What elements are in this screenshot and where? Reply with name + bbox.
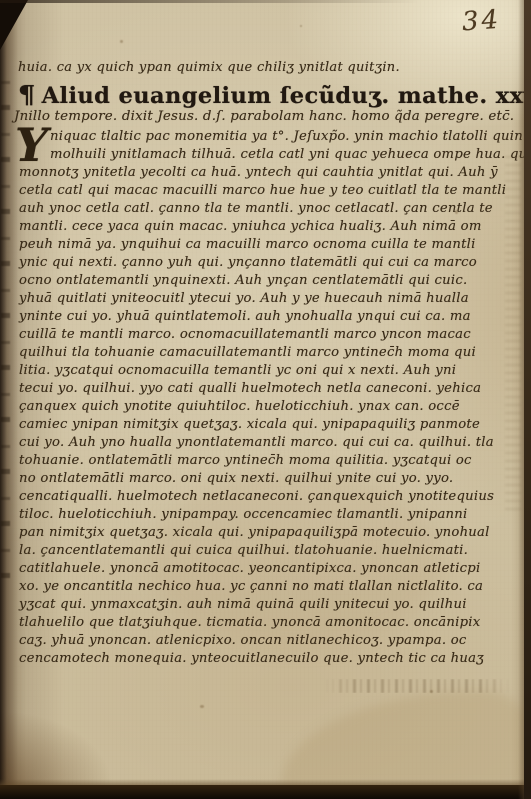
manuscript-line: camiec ynipan nimitʒix quetʒaʒ. xicala q…	[19, 417, 519, 435]
manuscript-line: litia. yʒcatqui ocnomacuilla temantli yc…	[19, 363, 519, 381]
manuscript-line: pan nimitʒix quetʒaʒ. xicala qui. ynipap…	[19, 525, 519, 543]
page-top-edge	[0, 0, 420, 3]
manuscript-line: la. çancentlatemantli qui cuica quilhui.…	[19, 543, 519, 561]
manuscript-line: xo. ye oncantitla nechico hua. yc çanni …	[19, 579, 519, 597]
foxing-speck	[300, 25, 302, 27]
manuscript-line: peuh nimā ya. ynquihui ca macuilli marco…	[19, 237, 519, 255]
manuscript-line: mantli. cece yaca quin macac. yniuhca yc…	[19, 219, 519, 237]
foxing-speck	[200, 705, 204, 708]
foxing-speck	[120, 40, 123, 43]
body-text: niquac tlaltic pac monemitia ya t°. Jeſu…	[19, 129, 519, 669]
page-edges-right	[524, 0, 531, 799]
chapter-heading: ¶Aliud euangelium ſecũduʒ. mathe. xxv. c…	[19, 80, 531, 109]
manuscript-line: tecui yo. quilhui. yyo cati qualli huelm…	[19, 381, 519, 399]
manuscript-line: çanquex quich ynotite quiuhtiloc. huelot…	[19, 399, 519, 417]
manuscript-line: tohuanie. ontlatemātli marco yntinec̄h m…	[19, 453, 519, 471]
bleed-through-text	[325, 679, 510, 693]
manuscript-line: quilhui tla tohuanie camacuillatemantli …	[19, 345, 519, 363]
manuscript-line: cui yo. Auh yno hualla ynontlatemantli m…	[19, 435, 519, 453]
manuscript-line: ynic qui nexti. çanno yuh qui. ynçanno t…	[19, 255, 519, 273]
manuscript-line: ocno ontlatemantli ynquinexti. Auh ynçan…	[19, 273, 519, 291]
manuscript-line: monnotʒ ynitetla yecolti ca huā. yntech …	[19, 165, 519, 183]
manuscript-line: cuillā te mantli marco. ocnomacuillatema…	[19, 327, 519, 345]
manuscript-line: yhuā quitlati yniteocuitl ytecui yo. Auh…	[19, 291, 519, 309]
manuscript-line: catitlahuele. ynoncā amotitocac. yeoncan…	[19, 561, 519, 579]
gutter-ghost-marks	[1, 58, 10, 578]
manuscript-line: tlahuelilo que tlatʒiuhque. ticmatia. yn…	[19, 615, 519, 633]
manuscript-line: cetla catl qui macac macuilli marco hue …	[19, 183, 519, 201]
capitulum-icon: ¶	[18, 80, 36, 109]
manuscript-line: tiloc. hueloticchiuh. ynipampay. occenca…	[19, 507, 519, 525]
latin-incipit: Jnillo tempore. dixit Jesus. d.ſ. parabo…	[14, 109, 514, 124]
heading-text: Aliud euangelium ſecũduʒ. mathe. xxv. c.	[42, 83, 531, 109]
folio-number: 34	[461, 5, 502, 38]
manuscript-line: no ontlatemātli marco. oni quix nexti. q…	[19, 471, 519, 489]
manuscript-line: yninte cui yo. yhuā quintlatemoli. auh y…	[19, 309, 519, 327]
manuscript-line: cencatiqualli. huelmotech netlacaneconi.…	[19, 489, 519, 507]
manuscript-line: yʒcat qui. ynmaxcatʒin. auh nimā quinā q…	[19, 597, 519, 615]
carryover-line: huia. ca yx quich ypan quimix que chiliʒ…	[18, 60, 400, 75]
manuscript-line: caʒ. yhuā ynoncan. atlenicpixo. oncan ni…	[19, 633, 519, 651]
book-edge-bottom	[0, 785, 531, 799]
manuscript-line: molhuili ynitlamach tilhuā. cetla catl y…	[50, 147, 519, 165]
manuscript-line: niquac tlaltic pac monemitia ya t°. Jeſu…	[50, 129, 519, 147]
manuscript-line: auh ynoc cetla catl. çanno tla te mantli…	[19, 201, 519, 219]
manuscript-photo: 34 huia. ca yx quich ypan quimix que chi…	[0, 0, 531, 799]
manuscript-line: cencamotech monequia. ynteocuitlanecuilo…	[19, 651, 519, 669]
